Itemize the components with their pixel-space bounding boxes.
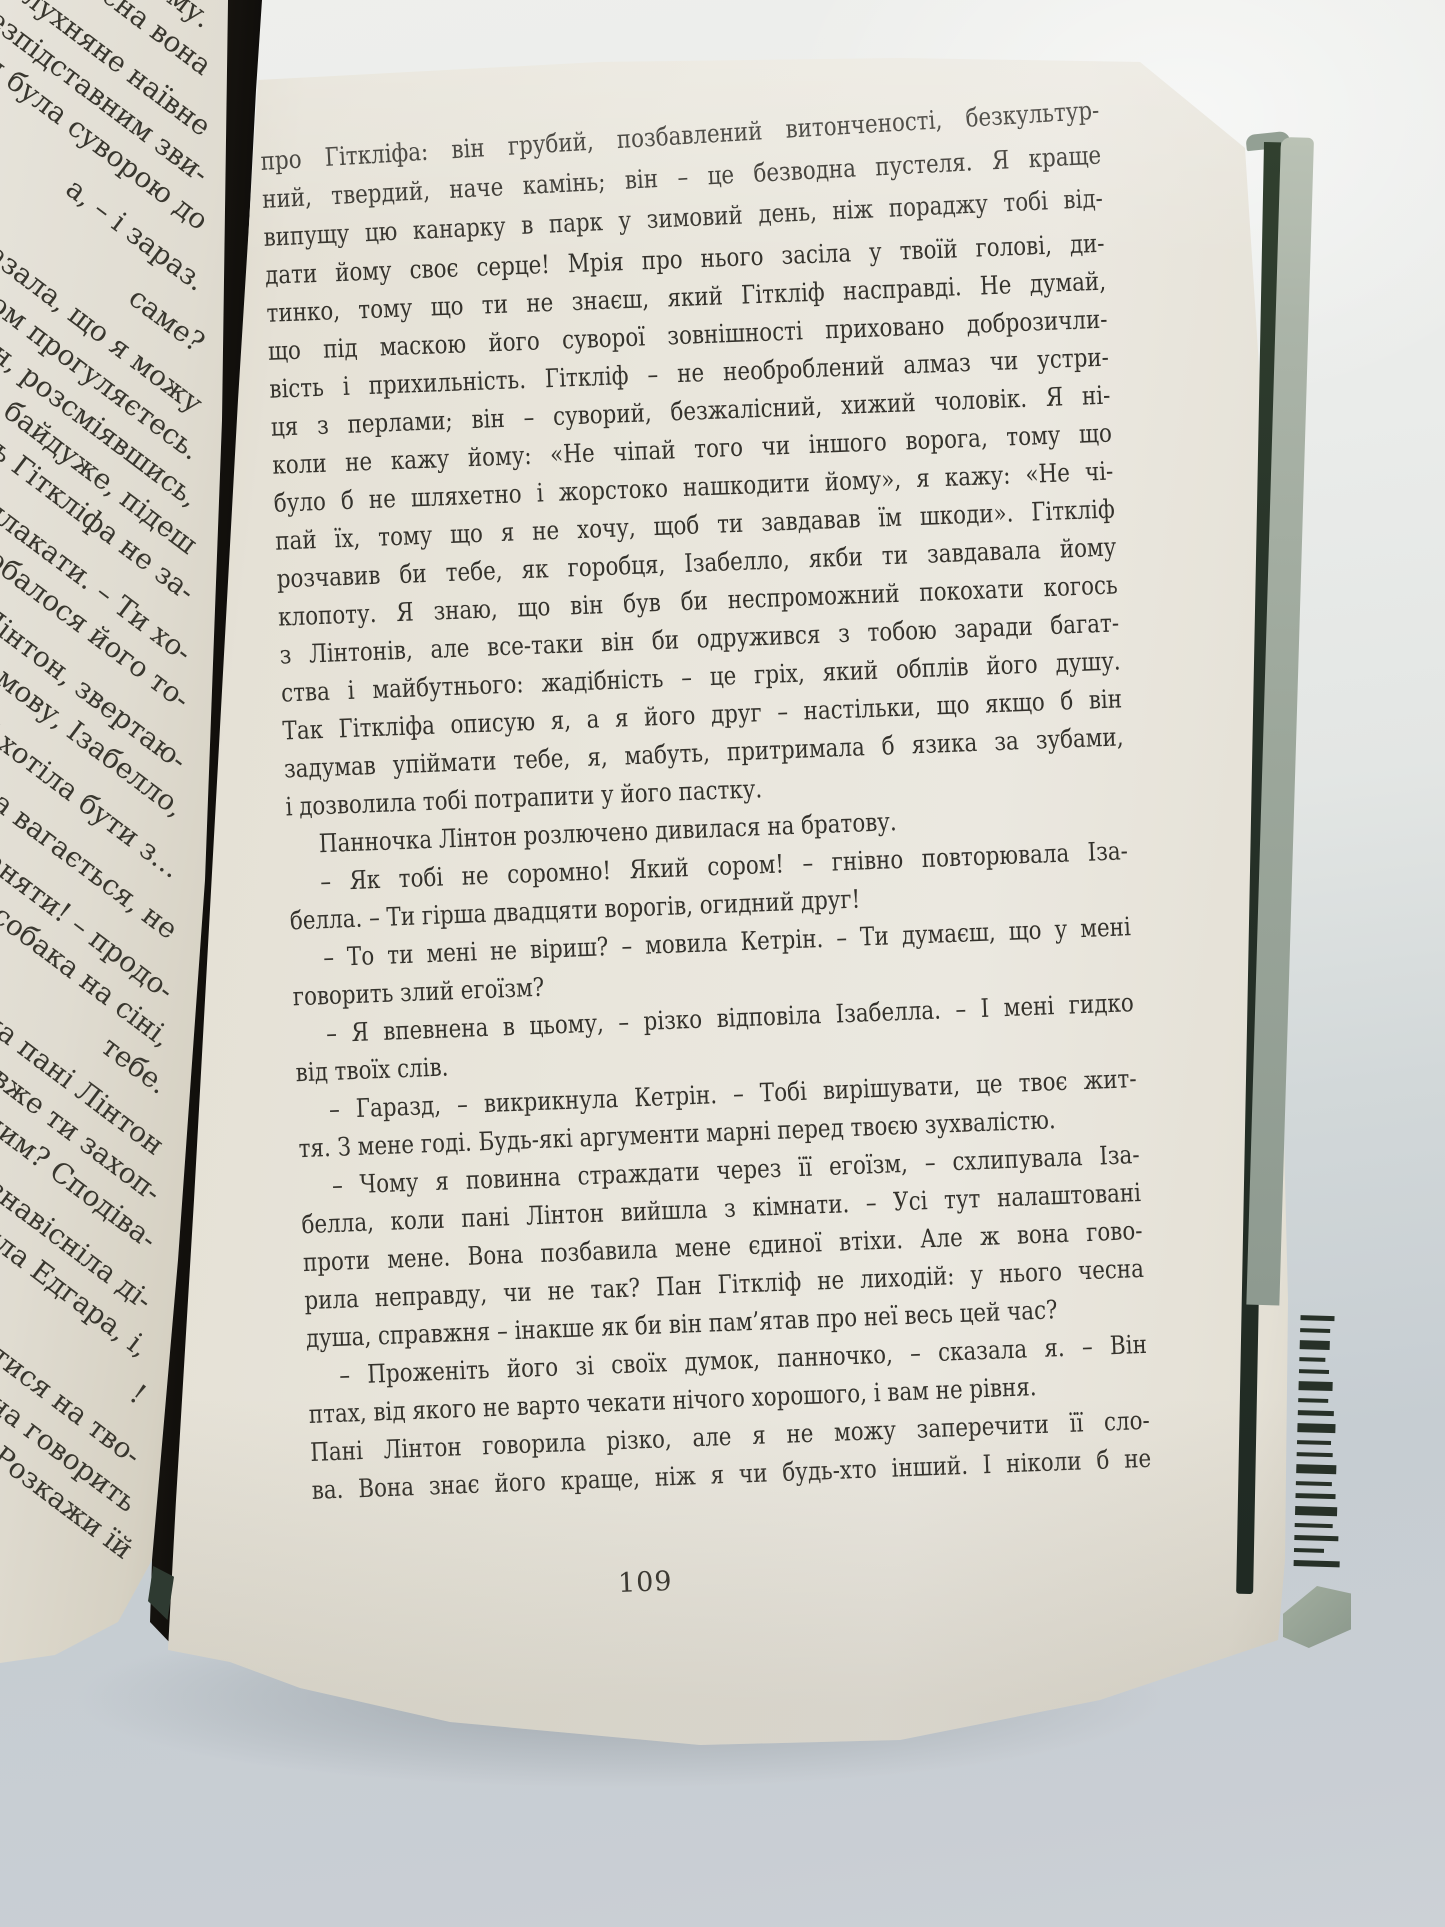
barcode-bar [1297, 1440, 1331, 1445]
barcode-bar [1296, 1481, 1332, 1486]
barcode-bar [1294, 1535, 1338, 1541]
barcode-bar [1298, 1410, 1334, 1416]
barcode-bar [1299, 1369, 1329, 1374]
book-photo: тому.я, а нещасна вонатебе, неслухняне н… [0, 0, 1445, 1927]
barcode-bar [1298, 1398, 1328, 1403]
barcode-bar [1300, 1340, 1330, 1350]
barcode-bar [1294, 1560, 1340, 1567]
barcode-bar [1297, 1452, 1333, 1457]
barcode-bar [1297, 1423, 1335, 1433]
barcode-bar [1300, 1315, 1334, 1321]
barcode-bar [1294, 1548, 1324, 1553]
barcode-bar [1299, 1357, 1325, 1362]
left-page-text-line: ! [124, 1379, 151, 1410]
barcode-bar [1295, 1523, 1333, 1528]
barcode-label [1288, 1300, 1348, 1593]
page-number: 109 [617, 1566, 673, 1599]
barcode-bar [1300, 1328, 1330, 1333]
right-page-text: про Гіткліфа: він грубий, позбавлений ви… [260, 111, 1152, 1510]
barcode-bar [1295, 1506, 1337, 1516]
right-page: про Гіткліфа: він грубий, позбавлений ви… [140, 55, 1355, 1775]
barcode-bar [1298, 1381, 1332, 1391]
barcode-bar [1296, 1464, 1336, 1474]
barcode-bar [1295, 1493, 1335, 1499]
barcode [1293, 1315, 1346, 1575]
